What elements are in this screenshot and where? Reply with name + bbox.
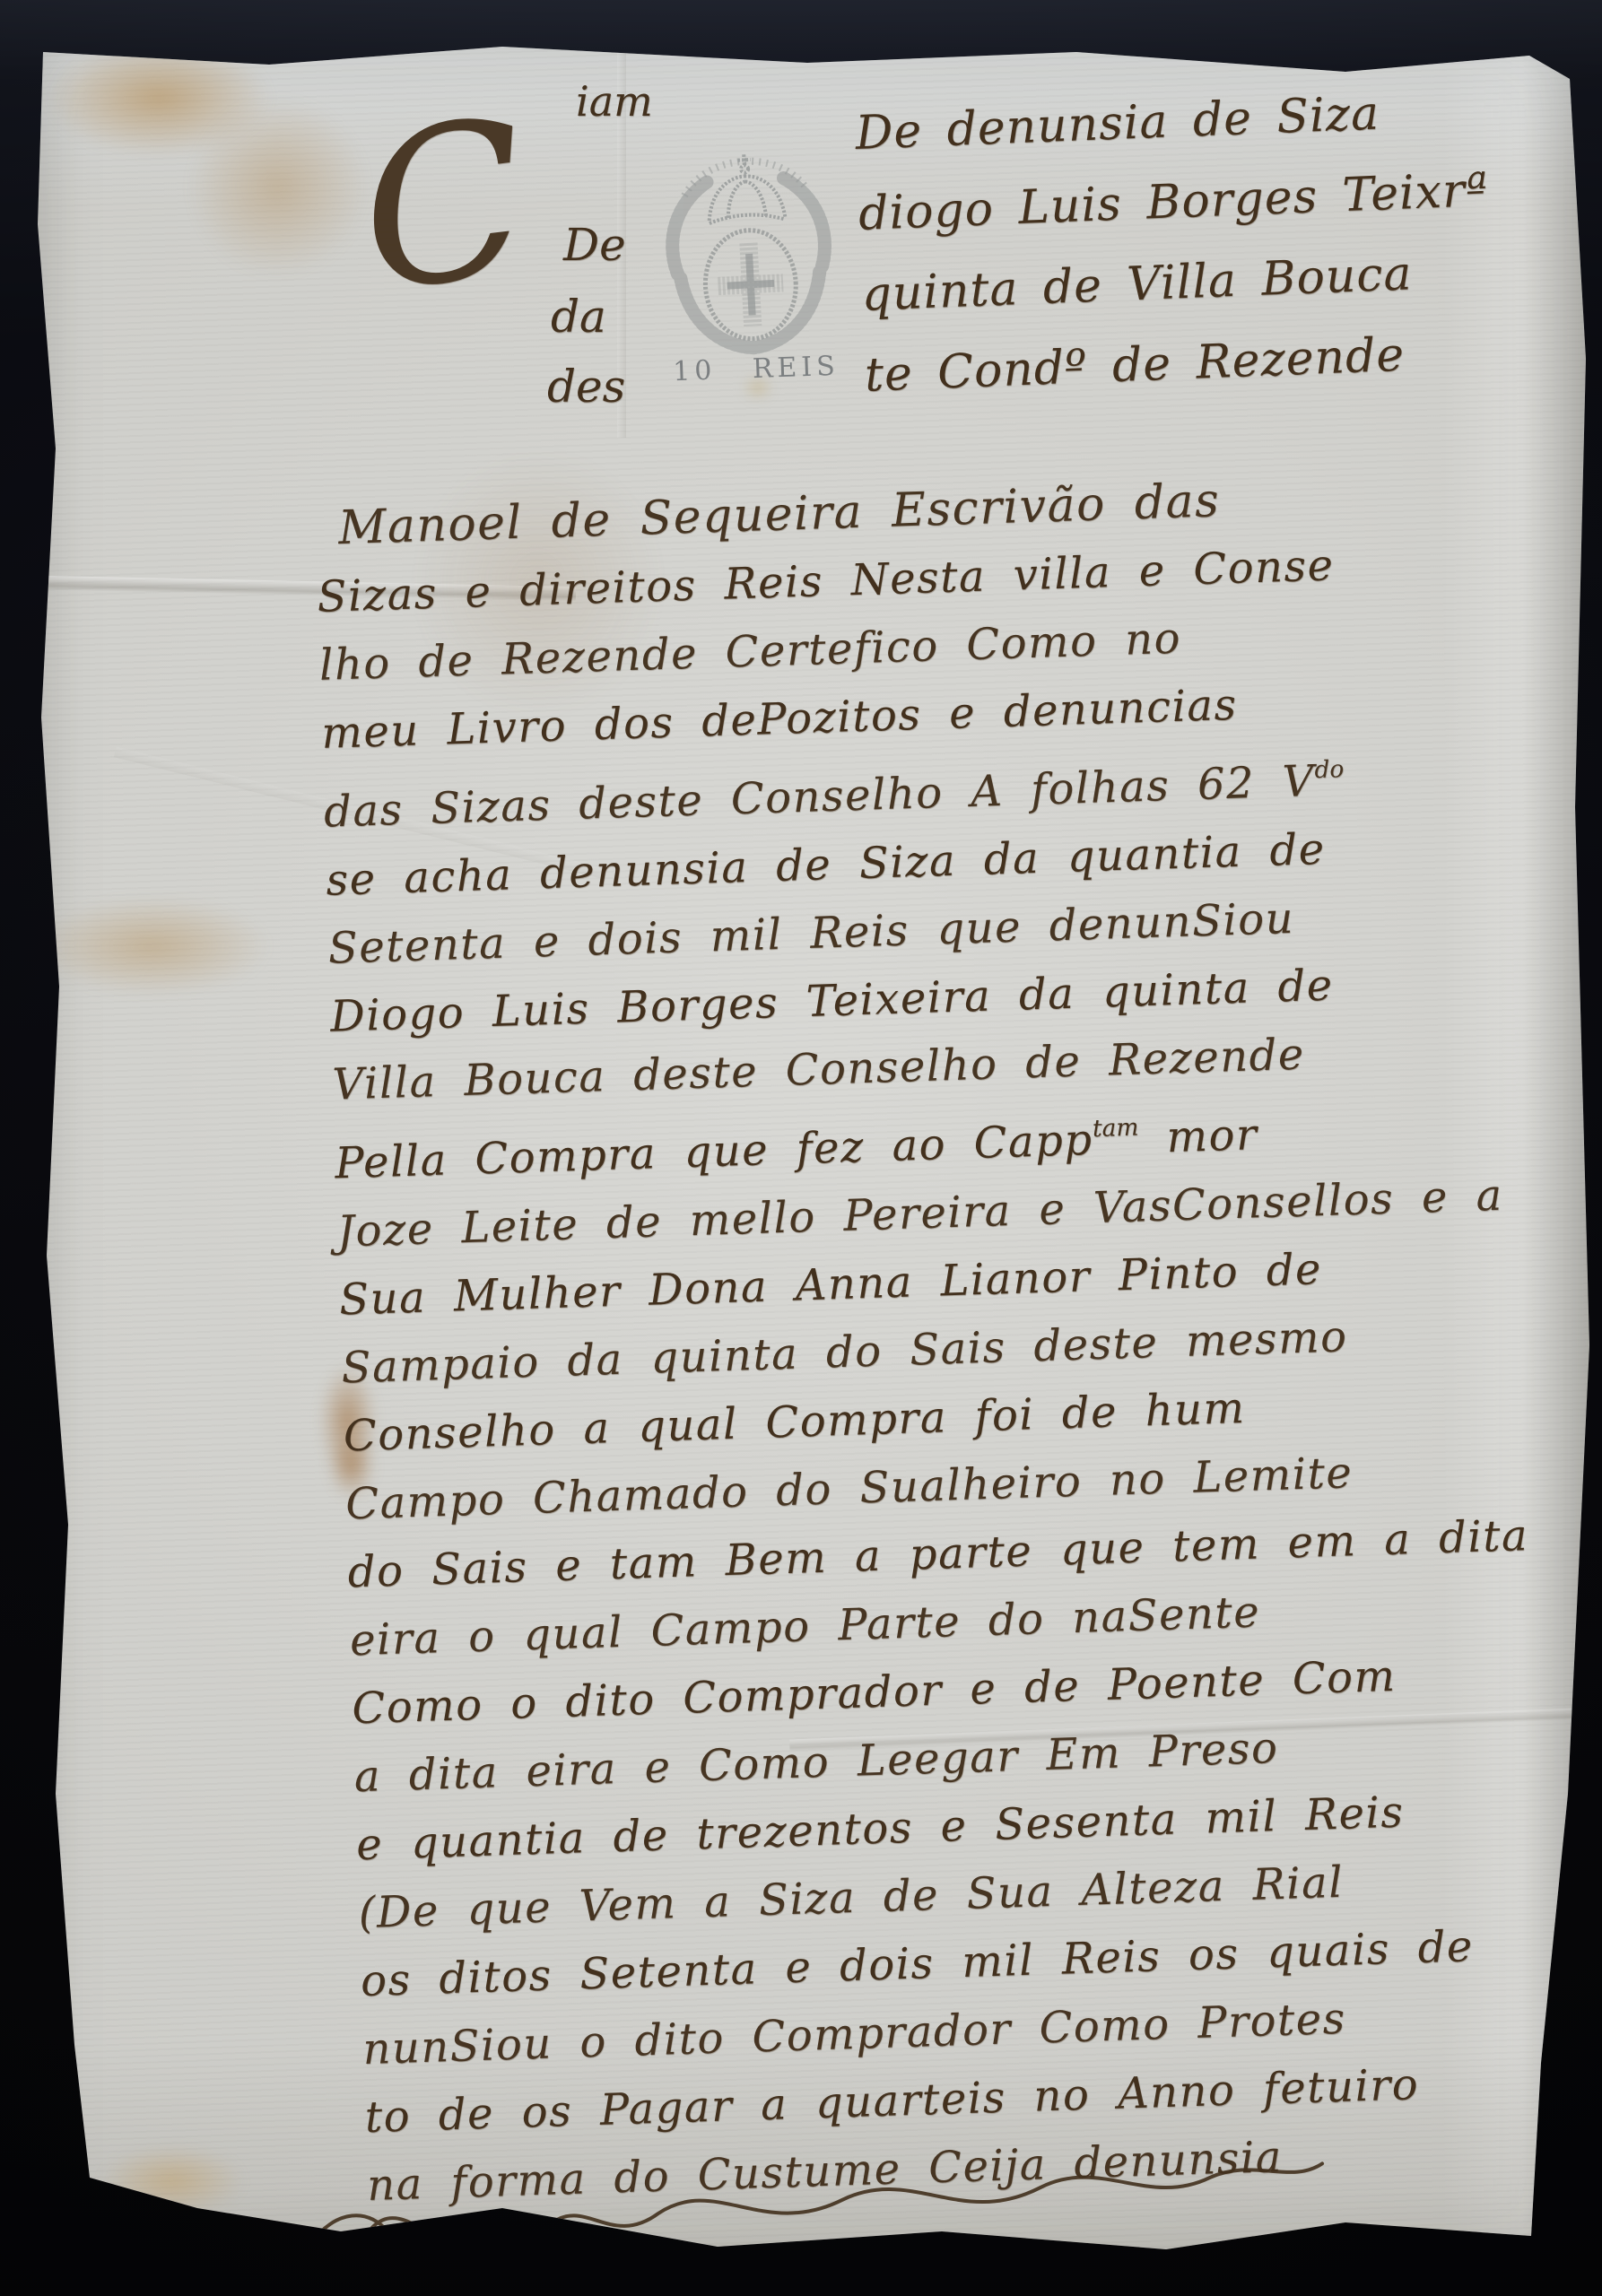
seal-crown bbox=[706, 152, 785, 223]
crown-wreath-tax-seal-icon bbox=[641, 129, 857, 376]
manuscript-line-text: mor bbox=[1138, 1109, 1258, 1163]
manuscript-body: Manoel de Sequeira Escrivão dasSizas e d… bbox=[314, 457, 1588, 2219]
header-title-block: De denunsia de Siza diogo Luis Borges Te… bbox=[854, 69, 1496, 416]
margin-fragment: iam bbox=[576, 77, 653, 126]
margin-fragment: De bbox=[563, 219, 626, 271]
margin-fragment: da bbox=[551, 291, 606, 343]
margin-fragment: des bbox=[547, 361, 625, 413]
stain bbox=[188, 97, 368, 276]
stain bbox=[36, 897, 269, 996]
superscript-abbreviation: tam bbox=[1093, 1113, 1139, 1143]
stamp-denomination: 10 REIS bbox=[661, 350, 850, 387]
photo-background: 10 REIS C iam De da des De denunsia de S… bbox=[0, 0, 1602, 2296]
manuscript-paper: 10 REIS C iam De da des De denunsia de S… bbox=[0, 0, 1602, 2296]
header-initial-flourish: C bbox=[350, 91, 538, 323]
seal-cross bbox=[726, 253, 776, 317]
superscript-abbreviation: do bbox=[1314, 755, 1345, 784]
